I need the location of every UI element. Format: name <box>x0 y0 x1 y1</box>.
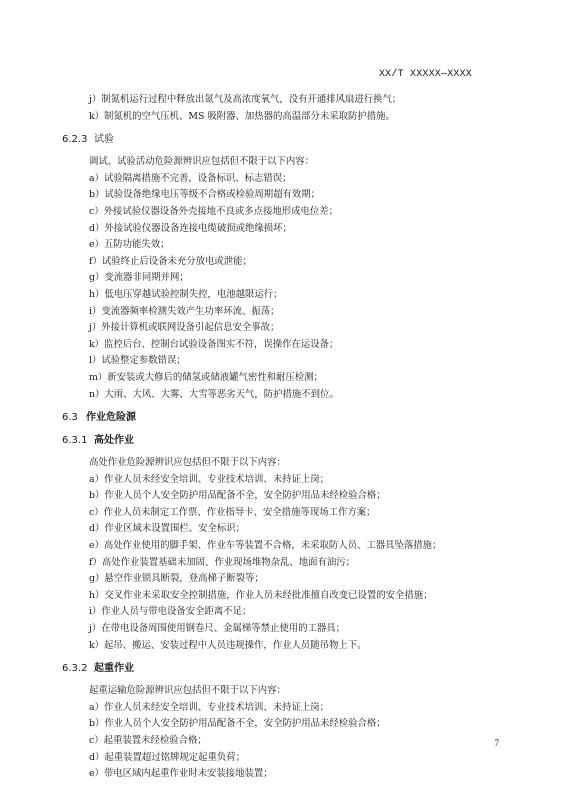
section-heading-6-3-1: 6.3.1高处作业 <box>62 433 502 449</box>
list-item: a）试验隔离措施不完善，设备标识、标志错误； <box>62 171 502 188</box>
list-item: h）交叉作业未采取安全控制措施，作业人员未经批准擅自改变已设置的安全措施； <box>62 588 502 605</box>
list-item: j）在带电设备周围使用钢卷尺、金属梯等禁止使用的工器具； <box>62 621 502 638</box>
list-item: d）外接试验仪器设备连接电缆破损或绝缘损坏； <box>62 221 502 238</box>
section-intro: 调试、试验活动危险源辨识应包括但不限于以下内容： <box>62 154 502 171</box>
list-item: a）作业人员未经安全培训、专业技术培训、未持证上岗； <box>62 700 502 717</box>
list-item: c）起重装置未经检验合格； <box>62 733 502 750</box>
list-item: c）作业人员未制定工作票、作业指导卡、安全措施等现场工作方案； <box>62 505 502 522</box>
list-item: g）变流器非同期并网； <box>62 270 502 287</box>
list-item: j）制氮机运行过程中释放出氮气及高浓度氧气，没有开通排风扇进行换气； <box>62 92 502 109</box>
section-intro: 高处作业危险源辨识应包括但不限于以下内容： <box>62 455 502 472</box>
list-item: g）悬空作业锁具断裂，登高梯子断裂等； <box>62 571 502 588</box>
page-number: 7 <box>495 738 500 748</box>
list-item: a）作业人员未经安全培训、专业技术培训、未持证上岗； <box>62 472 502 489</box>
list-item: b）试验设备绝缘电压等级不合格或检验周期超有效期； <box>62 187 502 204</box>
section-intro: 起重运输危险源辨识应包括但不限于以下内容： <box>62 683 502 700</box>
document-body: j）制氮机运行过程中释放出氮气及高浓度氧气，没有开通排风扇进行换气； k）制氮机… <box>62 92 502 783</box>
list-item: h）低电压穿越试验控制失控，电池越限运行； <box>62 287 502 304</box>
list-item: k）起吊、搬运、安装过程中人员违规操作，作业人员随吊物上下。 <box>62 638 502 655</box>
list-item: i）变流器频率检测失效产生功率环流、振荡； <box>62 304 502 321</box>
list-item: e）带电区域内起重作业时未安装接地装置； <box>62 766 502 783</box>
list-item: e）五防功能失效； <box>62 237 502 254</box>
section-heading-6-3-2: 6.3.2起重作业 <box>62 661 502 677</box>
standard-code-header: XX/T XXXXX—XXXX <box>379 69 472 80</box>
list-item: f）高处作业装置基础未加固、作业现场堆物杂乱、地面有油污； <box>62 555 502 572</box>
list-item: n）大雨、大风、大雾、大雪等恶劣天气，防护措施不到位。 <box>62 387 502 404</box>
list-item: f）试验终止后设备未充分放电或泄能； <box>62 254 502 271</box>
list-item: b）作业人员个人安全防护用品配备不全，安全防护用品未经检验合格； <box>62 488 502 505</box>
list-item: l）试验整定参数错误； <box>62 353 502 370</box>
section-heading-6-2-3: 6.2.3试验 <box>62 132 502 148</box>
section-heading-6-3: 6.3作业危险源 <box>62 410 502 426</box>
list-item: d）起重装置超过铭牌规定起重负荷； <box>62 750 502 767</box>
list-item: b）作业人员个人安全防护用品配备不全，安全防护用品未经检验合格； <box>62 716 502 733</box>
list-item: m）新安装或大修后的储氢或储液罐气密性和耐压检测； <box>62 370 502 387</box>
list-item: e）高处作业使用的脚手架、作业车等装置不合格，未采取防人员、工器具坠落措施； <box>62 538 502 555</box>
list-item: d）作业区域未设置围栏、安全标识； <box>62 521 502 538</box>
list-item: i）作业人员与带电设备安全距离不足； <box>62 604 502 621</box>
list-item: k）制氮机的空气压机、MS 吸附器、加热器的高温部分未采取防护措施。 <box>62 109 502 126</box>
list-item: c）外接试验仪器设备外壳接地不良或多点接地形成电位差； <box>62 204 502 221</box>
list-item: k）监控后台、控制台试验设备图实不符，误操作在运设备； <box>62 337 502 354</box>
list-item: j）外接计算机或联网设备引起信息安全事故； <box>62 320 502 337</box>
